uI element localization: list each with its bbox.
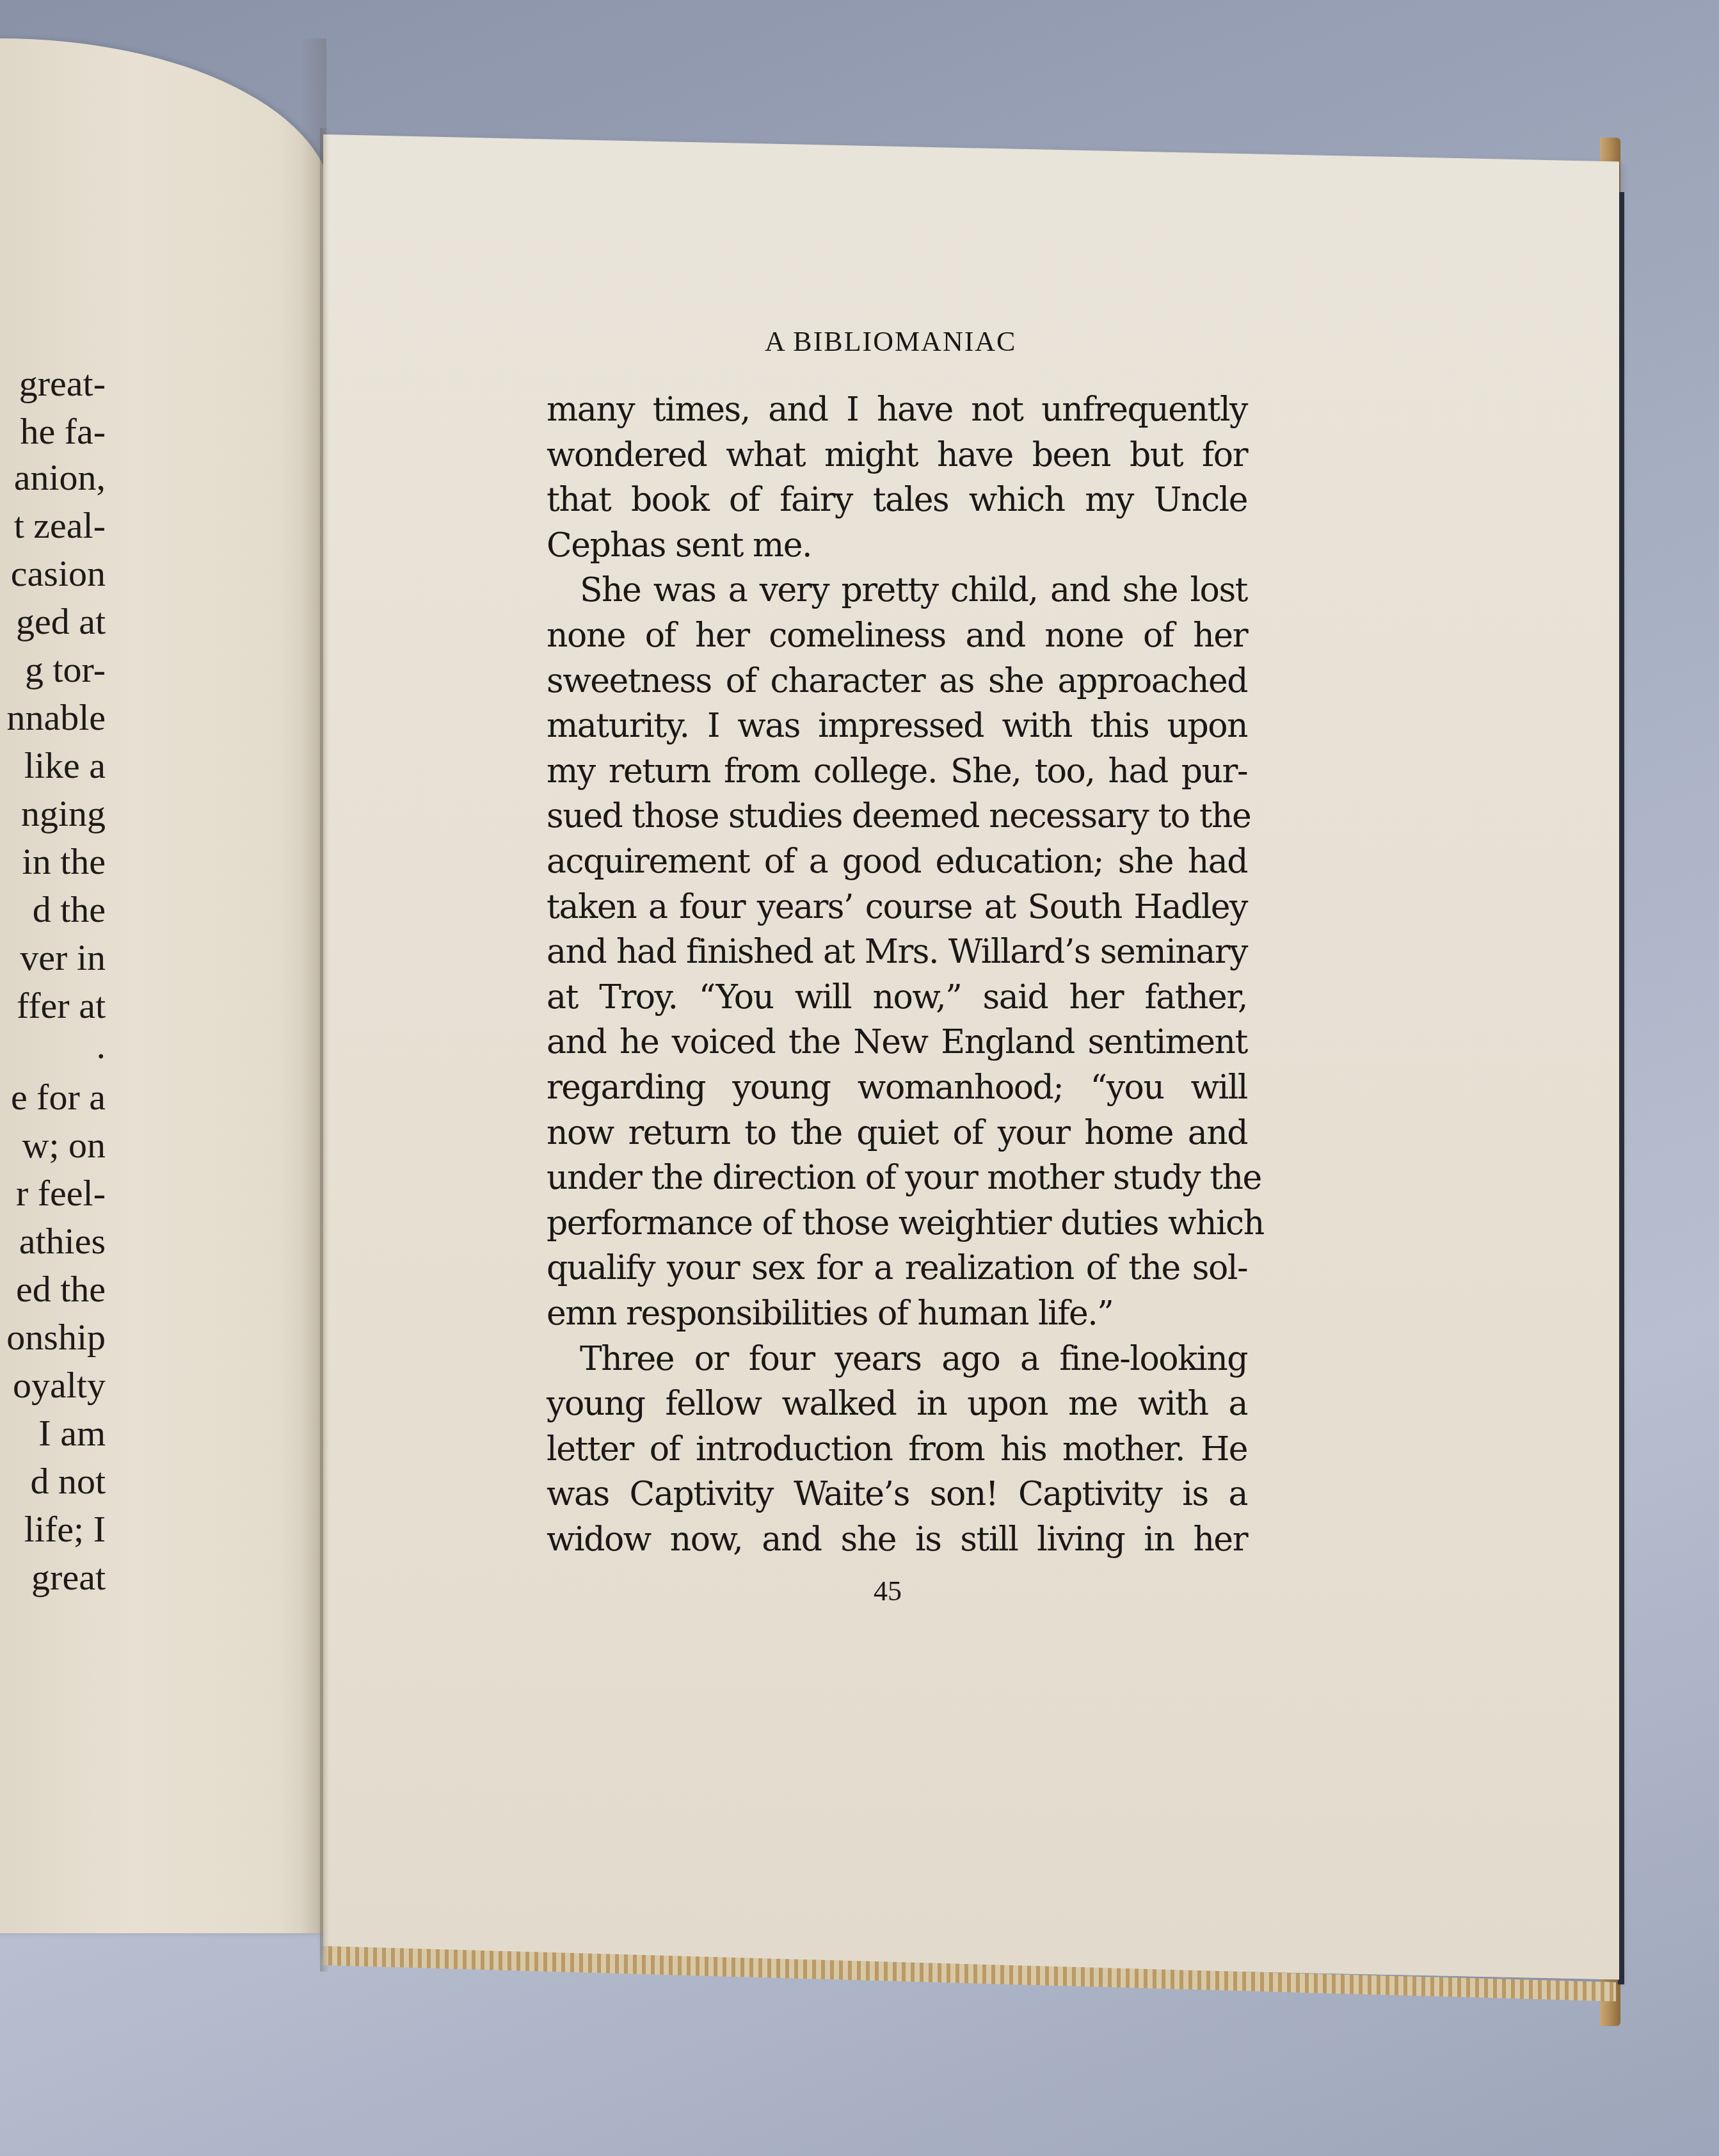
left-page-line-fragment: ver in: [20, 936, 106, 979]
text-line: qualify your sex for a realization of th…: [547, 1249, 1247, 1287]
left-page-line-fragment: I am: [38, 1412, 106, 1454]
text-line: sued those studies deemed necessary to t…: [547, 797, 1247, 835]
text-line: maturity. I was impressed with this upon: [547, 707, 1247, 745]
left-page-line-fragment: anion,: [14, 456, 106, 499]
text-line: Cephas sent me.: [547, 526, 1247, 565]
text-line: and he voiced the New England sentiment: [547, 1023, 1247, 1061]
left-page-line-fragment: great-: [19, 362, 106, 405]
text-line: was Captivity Waite’s son! Captivity is …: [547, 1475, 1247, 1513]
text-line: none of her comeliness and none of her: [547, 616, 1247, 655]
left-page-line-fragment: athies: [19, 1219, 106, 1262]
text-line: widow now, and she is still living in he…: [547, 1520, 1247, 1559]
left-page-line-fragment: ged at: [16, 600, 106, 643]
text-line: and had finished at Mrs. Willard’s semin…: [547, 933, 1247, 971]
left-page-line-fragment: ffer at: [17, 984, 106, 1027]
book-gutter: [320, 128, 329, 1972]
left-page-line-fragment: d the: [33, 888, 106, 931]
text-line: many times, and I have not unfrequently: [547, 390, 1247, 429]
left-page-line-fragment: great: [31, 1556, 106, 1598]
left-page-line-fragment: he fa-: [20, 410, 106, 453]
text-line: now return to the quiet of your home and: [547, 1114, 1247, 1152]
left-page-line-fragment: oyalty: [13, 1364, 106, 1406]
left-page-line-fragment: life; I: [24, 1508, 106, 1550]
left-page-line-fragment: in the: [22, 840, 106, 883]
text-line: sweetness of character as she approached: [547, 662, 1247, 700]
left-page-line-fragment: .: [97, 1024, 106, 1067]
left-page-line-fragment: g tor-: [25, 648, 106, 691]
text-line: letter of introduction from his mother. …: [547, 1430, 1247, 1468]
running-head: A BIBLIOMANIAC: [765, 325, 1016, 358]
text-line: She was a very pretty child, and she los…: [547, 571, 1247, 609]
text-line: at Troy. “You will now,” said her father…: [547, 978, 1247, 1017]
text-line: performance of those weightier duties wh…: [547, 1204, 1247, 1243]
text-line: taken a four years’ course at South Hadl…: [547, 888, 1247, 926]
left-page-line-fragment: ed the: [16, 1267, 106, 1310]
text-line: regarding young womanhood; “you will: [547, 1068, 1247, 1107]
left-page-line-fragment: e for a: [11, 1075, 106, 1118]
left-page-line-fragment: nnable: [6, 696, 106, 739]
left-page-line-fragment: casion: [11, 552, 106, 595]
text-line: under the direction of your mother study…: [547, 1159, 1247, 1197]
left-page-line-fragment: w; on: [22, 1123, 106, 1166]
text-line: emn responsibilities of human life.”: [547, 1294, 1247, 1333]
text-line: Three or four years ago a fine-looking: [547, 1340, 1247, 1378]
text-line: my return from college. She, too, had pu…: [547, 752, 1247, 791]
left-page-line-fragment: nging: [21, 792, 106, 835]
text-line: acquirement of a good education; she had: [547, 842, 1247, 881]
left-page-line-fragment: r feel-: [16, 1171, 106, 1214]
left-page-line-fragment: like a: [24, 744, 106, 787]
page-number: 45: [874, 1575, 902, 1607]
text-line: young fellow walked in upon me with a: [547, 1385, 1247, 1423]
text-line: that book of fairy tales which my Uncle: [547, 481, 1247, 519]
left-page-line-fragment: t zeal-: [14, 504, 106, 547]
left-page-line-fragment: onship: [6, 1315, 106, 1358]
text-line: wondered what might have been but for: [547, 436, 1247, 474]
left-page-line-fragment: d not: [30, 1460, 106, 1502]
